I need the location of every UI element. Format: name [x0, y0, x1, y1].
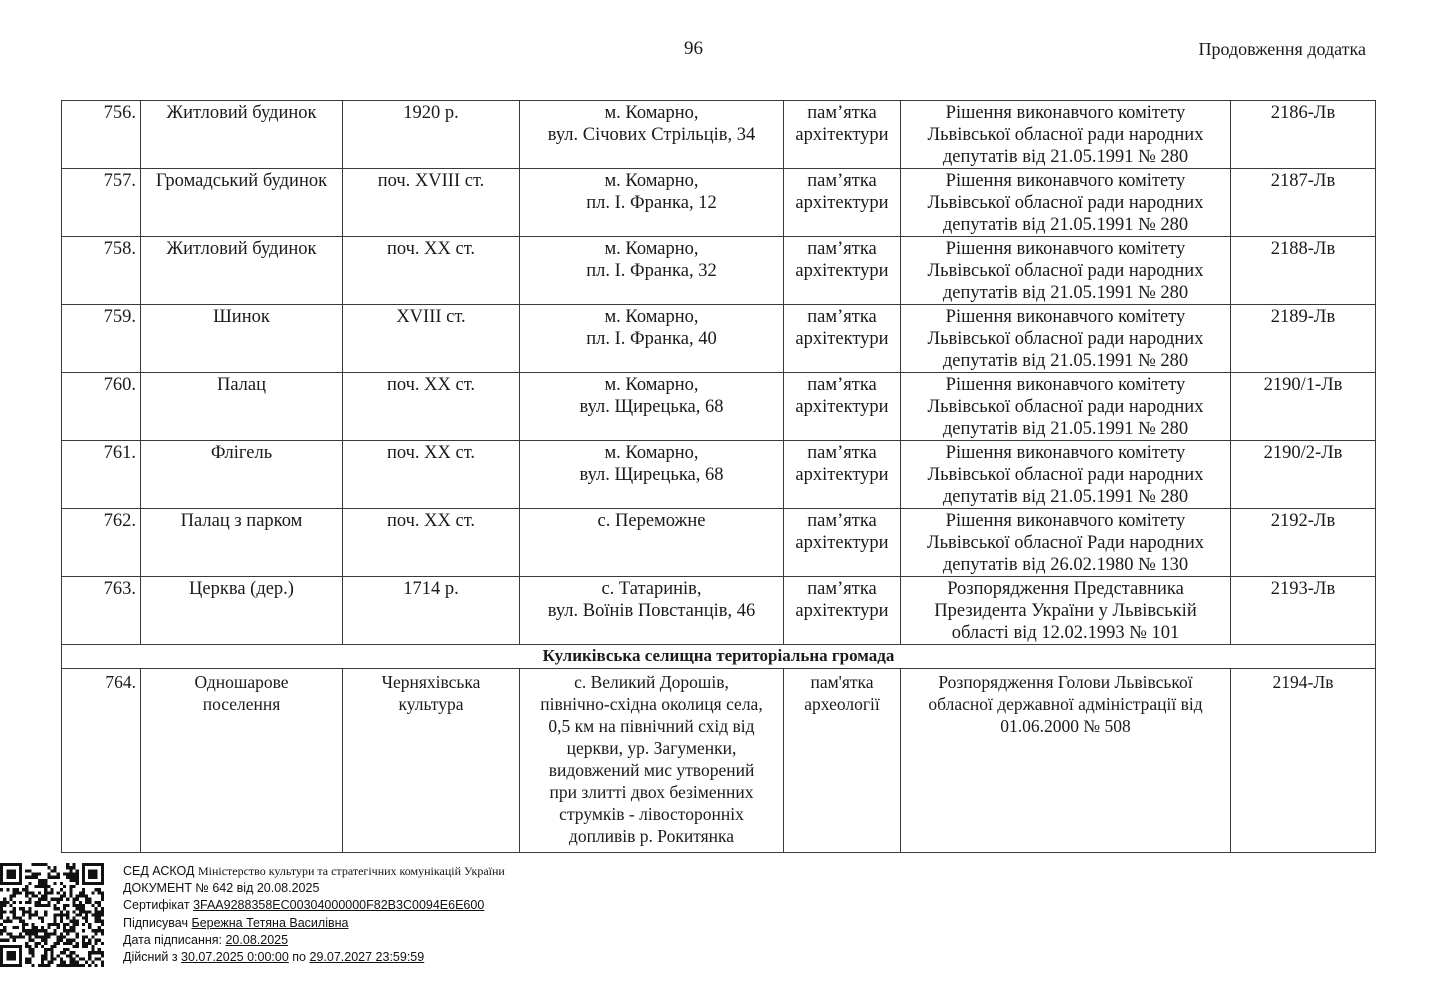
stamp-system-line: СЕД АСКОД Міністерство культури та страт… — [123, 863, 505, 880]
heritage-type-line: архітектури — [788, 464, 896, 486]
heritage-type-line: пам’ятка — [788, 170, 896, 192]
object-dating: XVIII ст. — [343, 305, 520, 373]
heritage-type-line: пам’ятка — [788, 102, 896, 124]
heritage-type-line: архітектури — [788, 192, 896, 214]
object-address-line: вул. Щирецька, 68 — [524, 396, 779, 418]
registry-number: 2190/1-Лв — [1231, 373, 1376, 441]
object-address-line: с. Переможне — [524, 510, 779, 532]
protection-document-line: обласної державної адміністрації від — [905, 693, 1226, 715]
protection-document-line: депутатів від 21.05.1991 № 280 — [905, 214, 1226, 236]
sign-date-label: Дата підписання: — [123, 933, 222, 947]
table-row: 758.Житловий будинокпоч. XX ст.м. Комарн… — [62, 237, 1376, 305]
registry-number: 2188-Лв — [1231, 237, 1376, 305]
object-address: м. Комарно,пл. І. Франка, 12 — [520, 169, 784, 237]
registry-number: 2193-Лв — [1231, 577, 1376, 645]
protection-document-line: Рішення виконавчого комітету — [905, 102, 1226, 124]
certificate-label: Сертифікат — [123, 898, 190, 912]
object-dating: Черняхівськакультура — [343, 669, 520, 853]
object-address-line: пл. І. Франка, 12 — [524, 192, 779, 214]
protection-document-line: Рішення виконавчого комітету — [905, 238, 1226, 260]
heritage-type-line: пам’ятка — [788, 374, 896, 396]
heritage-type: пам’яткаархітектури — [784, 373, 901, 441]
e-signature-stamp: СЕД АСКОД Міністерство культури та страт… — [0, 862, 600, 982]
object-address: с. Переможне — [520, 509, 784, 577]
object-address-line: м. Комарно, — [524, 102, 779, 124]
protection-document-line: депутатів від 21.05.1991 № 280 — [905, 282, 1226, 304]
heritage-type-line: пам’ятка — [788, 306, 896, 328]
object-dating: поч. XX ст. — [343, 509, 520, 577]
row-number: 758. — [62, 237, 141, 305]
heritage-type: пам’яткаархітектури — [784, 101, 901, 169]
object-name: Одношаровепоселення — [141, 669, 343, 853]
object-dating: 1714 р. — [343, 577, 520, 645]
registry-number: 2189-Лв — [1231, 305, 1376, 373]
row-number: 761. — [62, 441, 141, 509]
object-name: Палац з парком — [141, 509, 343, 577]
protection-document: Рішення виконавчого комітетуЛьвівської о… — [901, 237, 1231, 305]
heritage-type-line: пам'ятка — [788, 671, 896, 693]
valid-to-label: по — [292, 950, 306, 964]
row-number: 764. — [62, 669, 141, 853]
object-dating-line: Черняхівська — [347, 671, 515, 693]
valid-to-value: 29.07.2027 23:59:59 — [310, 950, 425, 964]
object-address-line: пл. І. Франка, 32 — [524, 260, 779, 282]
row-number: 756. — [62, 101, 141, 169]
heritage-type-line: пам’ятка — [788, 442, 896, 464]
heritage-type: пам’яткаархітектури — [784, 169, 901, 237]
protection-document-line: Львівської обласної ради народних — [905, 260, 1226, 282]
object-name: Флігель — [141, 441, 343, 509]
object-address-line: при злитті двох безіменних — [524, 781, 779, 803]
heritage-registry-table: 756.Житловий будинок1920 р.м. Комарно,ву… — [61, 100, 1376, 853]
object-address: м. Комарно,вул. Січових Стрільців, 34 — [520, 101, 784, 169]
object-dating: поч. XX ст. — [343, 373, 520, 441]
heritage-type-line: архітектури — [788, 328, 896, 350]
organization-name: Міністерство культури та стратегічних ко… — [198, 864, 505, 878]
object-address-line: с. Татаринів, — [524, 578, 779, 600]
object-address-line: м. Комарно, — [524, 306, 779, 328]
object-address-line: видовжений мис утворений — [524, 759, 779, 781]
object-address: с. Татаринів,вул. Воїнів Повстанців, 46 — [520, 577, 784, 645]
protection-document-line: депутатів від 21.05.1991 № 280 — [905, 350, 1226, 372]
signer-label: Підписувач — [123, 916, 188, 930]
sign-date-line: Дата підписання: 20.08.2025 — [123, 932, 505, 949]
protection-document-line: Львівської обласної ради народних — [905, 396, 1226, 418]
protection-document-line: Рішення виконавчого комітету — [905, 510, 1226, 532]
protection-document-line: Рішення виконавчого комітету — [905, 170, 1226, 192]
object-dating: 1920 р. — [343, 101, 520, 169]
certificate-line: Сертифікат 3FAA9288358EC00304000000F82B3… — [123, 897, 505, 914]
protection-document-line: депутатів від 21.05.1991 № 280 — [905, 486, 1226, 508]
protection-document: Розпорядження Голови Львівськоїобласної … — [901, 669, 1231, 853]
object-address-line: 0,5 км на північний схід від — [524, 715, 779, 737]
row-number: 763. — [62, 577, 141, 645]
heritage-type-line: пам’ятка — [788, 578, 896, 600]
table-row: 759.ШинокXVIII ст.м. Комарно,пл. І. Фран… — [62, 305, 1376, 373]
protection-document: Рішення виконавчого комітетуЛьвівської о… — [901, 169, 1231, 237]
protection-document-line: області від 12.02.1993 № 101 — [905, 622, 1226, 644]
valid-from-label: Дійсний з — [123, 950, 178, 964]
object-address-line: вул. Щирецька, 68 — [524, 464, 779, 486]
protection-document: Рішення виконавчого комітетуЛьвівської о… — [901, 305, 1231, 373]
continuation-label: Продовження додатка — [1198, 39, 1366, 60]
row-number: 762. — [62, 509, 141, 577]
protection-document-line: Розпорядження Голови Львівської — [905, 671, 1226, 693]
registry-number: 2192-Лв — [1231, 509, 1376, 577]
protection-document: Рішення виконавчого комітетуЛьвівської о… — [901, 509, 1231, 577]
system-label: СЕД АСКОД — [123, 864, 194, 878]
object-address-line: м. Комарно, — [524, 238, 779, 260]
heritage-type: пам’яткаархітектури — [784, 441, 901, 509]
heritage-type: пам’яткаархітектури — [784, 577, 901, 645]
heritage-type-line: архітектури — [788, 260, 896, 282]
row-number: 760. — [62, 373, 141, 441]
community-section-title: Куликівська селищна територіальна громад… — [62, 645, 1376, 669]
object-address: м. Комарно,вул. Щирецька, 68 — [520, 441, 784, 509]
heritage-type-line: архітектури — [788, 396, 896, 418]
object-address: с. Великий Дорошів,північно-східна околи… — [520, 669, 784, 853]
object-dating: поч. XVIII ст. — [343, 169, 520, 237]
qr-code-icon — [0, 862, 104, 968]
object-dating: поч. XX ст. — [343, 441, 520, 509]
protection-document-line: Рішення виконавчого комітету — [905, 442, 1226, 464]
heritage-type: пам’яткаархітектури — [784, 237, 901, 305]
heritage-type-line: архітектури — [788, 532, 896, 554]
object-address-line: м. Комарно, — [524, 374, 779, 396]
heritage-type: пам’яткаархітектури — [784, 305, 901, 373]
object-name: Церква (дер.) — [141, 577, 343, 645]
registry-rows: 756.Житловий будинок1920 р.м. Комарно,ву… — [62, 101, 1376, 853]
object-name-line: Одношарове — [145, 671, 338, 693]
heritage-type-line: архітектури — [788, 124, 896, 146]
table-row: 762.Палац з паркомпоч. XX ст.с. Переможн… — [62, 509, 1376, 577]
signer-value: Бережна Тетяна Василівна — [191, 916, 348, 930]
table-row: 764.ОдношаровепоселенняЧерняхівськакульт… — [62, 669, 1376, 853]
row-number: 757. — [62, 169, 141, 237]
object-name-line: поселення — [145, 693, 338, 715]
registry-number: 2186-Лв — [1231, 101, 1376, 169]
protection-document: Рішення виконавчого комітетуЛьвівської о… — [901, 373, 1231, 441]
table-row: 757.Громадський будинокпоч. XVIII ст.м. … — [62, 169, 1376, 237]
document-number-line: ДОКУМЕНТ № 642 від 20.08.2025 — [123, 880, 505, 897]
object-address-line: вул. Січових Стрільців, 34 — [524, 124, 779, 146]
protection-document: Розпорядження ПредставникаПрезидента Укр… — [901, 577, 1231, 645]
object-address-line: м. Комарно, — [524, 170, 779, 192]
object-dating-line: культура — [347, 693, 515, 715]
heritage-type-line: архітектури — [788, 600, 896, 622]
heritage-type-line: археології — [788, 693, 896, 715]
object-name: Громадський будинок — [141, 169, 343, 237]
heritage-type-line: пам’ятка — [788, 238, 896, 260]
object-name: Житловий будинок — [141, 101, 343, 169]
sign-date-value: 20.08.2025 — [225, 933, 288, 947]
object-address-line: північно-східна околиця села, — [524, 693, 779, 715]
table-row: 761.Флігельпоч. XX ст.м. Комарно,вул. Щи… — [62, 441, 1376, 509]
object-address-line: с. Великий Дорошів, — [524, 671, 779, 693]
protection-document-line: Президента України у Львівській — [905, 600, 1226, 622]
row-number: 759. — [62, 305, 141, 373]
protection-document-line: Рішення виконавчого комітету — [905, 306, 1226, 328]
object-name: Палац — [141, 373, 343, 441]
protection-document-line: Львівської обласної ради народних — [905, 464, 1226, 486]
protection-document-line: депутатів від 21.05.1991 № 280 — [905, 146, 1226, 168]
protection-document-line: 01.06.2000 № 508 — [905, 715, 1226, 737]
table-row: 760.Палацпоч. XX ст.м. Комарно,вул. Щире… — [62, 373, 1376, 441]
page-number: 96 — [684, 38, 703, 60]
object-address: м. Комарно,пл. І. Франка, 32 — [520, 237, 784, 305]
object-address: м. Комарно,пл. І. Франка, 40 — [520, 305, 784, 373]
protection-document-line: Львівської обласної Ради народних — [905, 532, 1226, 554]
object-address-line: струмків - лівосторонніх — [524, 803, 779, 825]
object-dating: поч. XX ст. — [343, 237, 520, 305]
object-name: Шинок — [141, 305, 343, 373]
protection-document-line: Львівської обласної ради народних — [905, 124, 1226, 146]
table-row: 756.Житловий будинок1920 р.м. Комарно,ву… — [62, 101, 1376, 169]
certificate-value: 3FAA9288358EC00304000000F82B3C0094E6E600 — [193, 898, 484, 912]
protection-document-line: Рішення виконавчого комітету — [905, 374, 1226, 396]
signer-line: Підписувач Бережна Тетяна Василівна — [123, 915, 505, 932]
registry-number: 2190/2-Лв — [1231, 441, 1376, 509]
heritage-type-line: пам’ятка — [788, 510, 896, 532]
protection-document-line: депутатів від 21.05.1991 № 280 — [905, 418, 1226, 440]
protection-document-line: Львівської обласної ради народних — [905, 328, 1226, 350]
valid-from-value: 30.07.2025 0:00:00 — [181, 950, 289, 964]
object-address: м. Комарно,вул. Щирецька, 68 — [520, 373, 784, 441]
registry-number: 2194-Лв — [1231, 669, 1376, 853]
protection-document-line: депутатів від 26.02.1980 № 130 — [905, 554, 1226, 576]
signature-info: СЕД АСКОД Міністерство культури та страт… — [123, 863, 505, 966]
registry-number: 2187-Лв — [1231, 169, 1376, 237]
heritage-type: пам'яткаархеології — [784, 669, 901, 853]
object-name: Житловий будинок — [141, 237, 343, 305]
object-address-line: пл. І. Франка, 40 — [524, 328, 779, 350]
protection-document: Рішення виконавчого комітетуЛьвівської о… — [901, 441, 1231, 509]
protection-document-line: Львівської обласної ради народних — [905, 192, 1226, 214]
object-address-line: церкви, ур. Загуменки, — [524, 737, 779, 759]
heritage-type: пам’яткаархітектури — [784, 509, 901, 577]
section-header-row: Куликівська селищна територіальна громад… — [62, 645, 1376, 669]
object-address-line: допливів р. Рокитянка — [524, 825, 779, 847]
object-address-line: вул. Воїнів Повстанців, 46 — [524, 600, 779, 622]
table-row: 763.Церква (дер.)1714 р.с. Татаринів,вул… — [62, 577, 1376, 645]
object-address-line: м. Комарно, — [524, 442, 779, 464]
protection-document-line: Розпорядження Представника — [905, 578, 1226, 600]
protection-document: Рішення виконавчого комітетуЛьвівської о… — [901, 101, 1231, 169]
validity-line: Дійсний з 30.07.2025 0:00:00 по 29.07.20… — [123, 949, 505, 966]
